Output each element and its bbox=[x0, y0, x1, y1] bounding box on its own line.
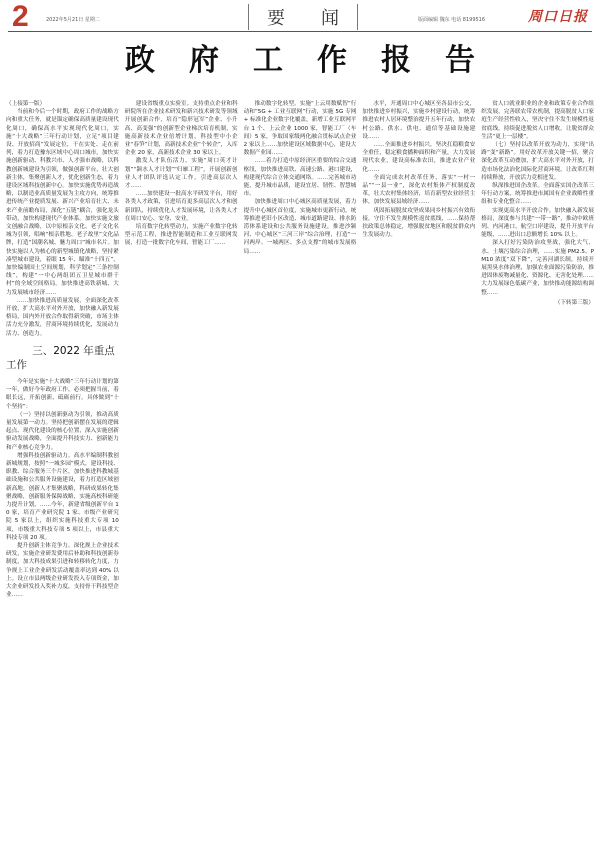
body-paragraph: 全面完成农村改革任务，落实“一村一品”“一县一业”，深化农村集体产权制度改革，壮… bbox=[362, 174, 475, 207]
body-paragraph: （七）坚持以改革开放为动力，实现“出路”变“新路”。用好改革开放关键一招，聚合深… bbox=[481, 141, 594, 182]
body-paragraph: ……着力打造中原经济区重要的综合交通枢纽，加快推进高铁、高速公路、港口建设，构建… bbox=[244, 157, 357, 198]
section-char-1: 要 bbox=[267, 4, 285, 30]
body-paragraph: 建设省级重点实验室。支持重点企业和科研院所在企业技术研发和新兴技术研发等领域开展… bbox=[125, 100, 238, 157]
section-label: 要 闻 bbox=[248, 4, 358, 30]
continued-to-note: （下转第三版） bbox=[481, 299, 594, 307]
body-paragraph: 培育数字化转型动力，实施产业数字化转型示范工程，推进智能制造和工业互联网发展，打… bbox=[125, 223, 238, 248]
body-paragraph: ……加快建设一批高水平研发平台，用好各类人才政策，引进培育更多高层次人才和创新团… bbox=[125, 190, 238, 223]
body-paragraph: 加快推进周口中心城区高质量发展，着力提升中心城区首位度，实施城市更新行动，统筹推… bbox=[244, 198, 357, 255]
body-paragraph: 当前和今后一个时期，政府工作的战略方向和重大任务，就是锚定确保高质量建设现代化周… bbox=[6, 108, 119, 297]
section-char-2: 闻 bbox=[321, 4, 339, 30]
article-headline: 政府工作报告 bbox=[0, 42, 600, 80]
body-paragraph: 纵深推进国企改革。全面落实国企改革三年行动方案，统筹推进市属国有企业战略性重组和… bbox=[481, 182, 594, 207]
issue-date: 2022年5月21日 星期二 bbox=[46, 16, 100, 23]
body-paragraph: ……全面推进乡村振兴，坚决扛稳粮食安全重任，稳定粮食播种面积和产量，大力发展现代… bbox=[362, 141, 475, 174]
body-paragraph: 巩固拓展脱贫攻坚成果同乡村振兴有效衔接，守住不发生规模性返贫底线，……保持帮扶政… bbox=[362, 207, 475, 240]
article-column-4: 水平，开通周口中心城区至各县市公交，加快推进乡村振兴，实施乡村建设行动，统筹推进… bbox=[362, 100, 475, 840]
editor-info: 版面编辑 魏东 电话 8199516 bbox=[418, 16, 485, 23]
body-paragraph: 推动数字化转型。实施“上云用数赋智”行动和“5G + 工业互联网”行动，实施 5… bbox=[244, 100, 357, 157]
body-paragraph: 深入打好污染防治攻坚战，强化大气、水、土壤污染综合治理，……实施 PM2.5、P… bbox=[481, 239, 594, 296]
article-column-3: 推动数字化转型。实施“上云用数赋智”行动和“5G + 工业互联网”行动，实施 5… bbox=[244, 100, 357, 840]
page-number: 2 bbox=[12, 2, 29, 32]
body-paragraph: 增强科技创新驱动力。高水平编制科教创新城规划，按照“一城多园”模式，建设科技、职… bbox=[6, 452, 119, 542]
body-paragraph: 激发人才队伍活力。实施“周口英才计划”“颍水人才计划”“归雁工程”，开展创新创业… bbox=[125, 157, 238, 190]
body-paragraph: 实现更高水平开放合作。加快融入新发展格局，深度参与共建“一带一路”，推动中欧班列… bbox=[481, 207, 594, 240]
article-column-5: 贫人口就业职业的企业和政策专业合作组织发展，完善联农带农机制，提高脱贫人口家庭生… bbox=[481, 100, 594, 840]
continued-from-note: （上接第一版） bbox=[6, 100, 119, 108]
body-paragraph: 贫人口就业职业的企业和政策专业合作组织发展，完善联农带农机制，提高脱贫人口家庭生… bbox=[481, 100, 594, 141]
masthead: 2 2022年5月21日 星期二 要 闻 版面编辑 魏东 电话 8199516 … bbox=[8, 2, 592, 32]
body-paragraph: 今年是实施“十大战略”三年行动计划的第一年，做好今年政府工作，必须把握当前，着眼… bbox=[6, 378, 119, 411]
section-subheading: 三、2022 年重点 工作 bbox=[6, 344, 119, 372]
newspaper-logo: 周口日报 bbox=[528, 6, 588, 26]
body-paragraph: 提升创新主体竞争力。深化规上企业技术研发，实施企业研发费用后补助和科技创新券制度… bbox=[6, 542, 119, 599]
body-paragraph: ……加快推进高质量发展，全面深化改革开放，扩大高水平对外开放，加快融入新发展格局… bbox=[6, 297, 119, 338]
article-column-2: 建设省级重点实验室。支持重点企业和科研院所在企业技术研发和新兴技术研发等领域开展… bbox=[125, 100, 238, 840]
body-paragraph: 水平，开通周口中心城区至各县市公交，加快推进乡村振兴，实施乡村建设行动，统筹推进… bbox=[362, 100, 475, 141]
article-column-1: （上接第一版） 当前和今后一个时期，政府工作的战略方向和重大任务，就是锚定确保高… bbox=[6, 100, 119, 840]
body-paragraph: （一）坚持以创新驱动为引领，推动高质量发展第一动力。坚持把创新摆在发展的逻辑起点… bbox=[6, 411, 119, 452]
article-body: （上接第一版） 当前和今后一个时期，政府工作的战略方向和重大任务，就是锚定确保高… bbox=[6, 100, 594, 840]
